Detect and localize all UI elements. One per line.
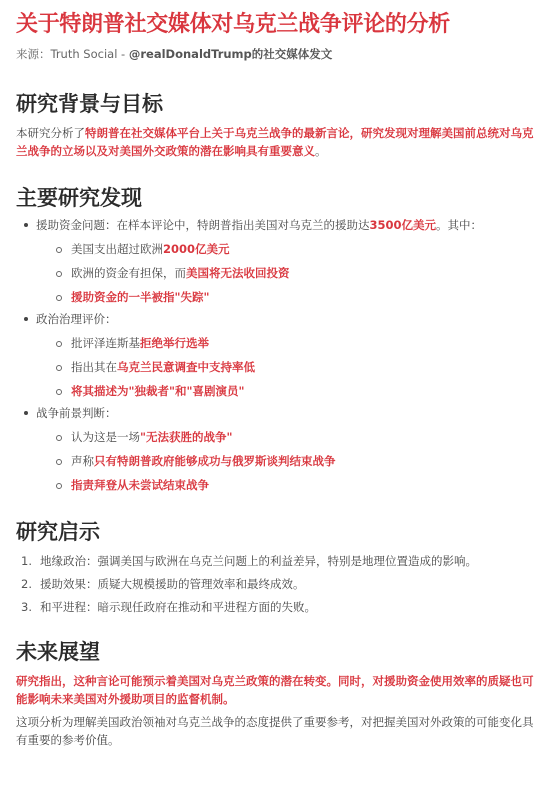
finding-label-highlight: 3500亿美元 (370, 218, 437, 232)
outlook-highlight-paragraph: 研究指出，这种言论可能预示着美国对乌克兰政策的潜在转变。同时，对援助资金使用效率… (16, 672, 542, 708)
finding-sublist: 认为这是一场"无法获胜的战争" 声称只有特朗普政府能够成功与俄罗斯谈判结束战争 … (36, 428, 542, 494)
item-text: 地缘政治：强调美国与欧洲在乌克兰问题上的利益差异，特别是地理位置造成的影响。 (40, 552, 477, 570)
list-item: 指出其在乌克兰民意调查中支持率低 (56, 358, 542, 376)
item-text: 和平进程：暗示现任政府在推动和平进程方面的失败。 (40, 598, 316, 616)
outlook-section: 未来展望 研究指出，这种言论可能预示着美国对乌克兰政策的潜在转变。同时，对援助资… (16, 638, 542, 749)
background-section: 研究背景与目标 本研究分析了特朗普在社交媒体平台上关于乌克兰战争的最新言论，研究… (16, 90, 542, 160)
subitem-highlight: "无法获胜的战争" (140, 430, 232, 444)
finding-item-funding: 援助资金问题：在样本评论中，特朗普指出美国对乌克兰的援助达3500亿美元。其中：… (24, 216, 542, 306)
subitem-highlight: 将其描述为"独裁者"和"喜剧演员" (71, 384, 244, 398)
item-number: 2. (20, 575, 40, 593)
findings-section: 主要研究发现 援助资金问题：在样本评论中，特朗普指出美国对乌克兰的援助达3500… (16, 184, 542, 494)
subitem-highlight: 美国将无法收回投资 (186, 266, 290, 280)
finding-sublist: 批评泽连斯基拒绝举行选举 指出其在乌克兰民意调查中支持率低 将其描述为"独裁者"… (36, 334, 542, 400)
implications-heading: 研究启示 (16, 518, 542, 546)
list-item: 指责拜登从未尝试结束战争 (56, 476, 542, 494)
finding-item-war-outlook: 战争前景判断： 认为这是一场"无法获胜的战争" 声称只有特朗普政府能够成功与俄罗… (24, 404, 542, 494)
finding-label: 援助资金问题：在样本评论中，特朗普指出美国对乌克兰的援助达 (36, 218, 370, 232)
subitem-highlight: 只有特朗普政府能够成功与俄罗斯谈判结束战争 (94, 454, 336, 468)
page-title: 关于特朗普社交媒体对乌克兰战争评论的分析 (16, 10, 542, 40)
subitem-text: 声称 (71, 454, 94, 468)
list-item: 援助资金的一半被指"失踪" (56, 288, 542, 306)
list-item: 将其描述为"独裁者"和"喜剧演员" (56, 382, 542, 400)
list-item: 批评泽连斯基拒绝举行选举 (56, 334, 542, 352)
list-item: 声称只有特朗普政府能够成功与俄罗斯谈判结束战争 (56, 452, 542, 470)
implications-list: 1.地缘政治：强调美国与欧洲在乌克兰问题上的利益差异，特别是地理位置造成的影响。… (16, 552, 542, 616)
finding-label: 政治治理评价： (36, 312, 117, 326)
finding-item-governance: 政治治理评价： 批评泽连斯基拒绝举行选举 指出其在乌克兰民意调查中支持率低 将其… (24, 310, 542, 400)
list-item: 欧洲的资金有担保，而美国将无法收回投资 (56, 264, 542, 282)
finding-label: 战争前景判断： (36, 406, 117, 420)
outlook-heading: 未来展望 (16, 638, 542, 666)
source-account: @realDonaldTrump的社交媒体发文 (129, 47, 332, 61)
subitem-text: 欧洲的资金有担保，而 (71, 266, 186, 280)
findings-heading: 主要研究发现 (16, 184, 542, 212)
background-highlight: 特朗普在社交媒体平台上关于乌克兰战争的最新言论，研究发现对理解美国前总统对乌克兰… (16, 126, 534, 158)
subitem-highlight: 2000亿美元 (163, 242, 230, 256)
subitem-highlight: 拒绝举行选举 (140, 336, 209, 350)
list-item: 认为这是一场"无法获胜的战争" (56, 428, 542, 446)
finding-sublist: 美国支出超过欧洲2000亿美元 欧洲的资金有担保，而美国将无法收回投资 援助资金… (36, 240, 542, 306)
list-item: 美国支出超过欧洲2000亿美元 (56, 240, 542, 258)
source-line: 来源：Truth Social - @realDonaldTrump的社交媒体发… (16, 45, 542, 63)
list-item: 1.地缘政治：强调美国与欧洲在乌克兰问题上的利益差异，特别是地理位置造成的影响。 (20, 552, 542, 570)
implications-section: 研究启示 1.地缘政治：强调美国与欧洲在乌克兰问题上的利益差异，特别是地理位置造… (16, 518, 542, 616)
subitem-highlight: 援助资金的一半被指"失踪" (71, 290, 209, 304)
finding-label-end: 。其中： (436, 218, 482, 232)
subitem-highlight: 乌克兰民意调查中支持率低 (117, 360, 255, 374)
background-heading: 研究背景与目标 (16, 90, 542, 118)
source-prefix: 来源：Truth Social - (16, 47, 129, 61)
background-end: 。 (315, 144, 327, 158)
item-number: 1. (20, 552, 40, 570)
subitem-highlight: 指责拜登从未尝试结束战争 (71, 478, 209, 492)
outlook-paragraph: 这项分析为理解美国政治领袖对乌克兰战争的态度提供了重要参考，对把握美国对外政策的… (16, 713, 542, 749)
subitem-text: 指出其在 (71, 360, 117, 374)
background-paragraph: 本研究分析了特朗普在社交媒体平台上关于乌克兰战争的最新言论，研究发现对理解美国前… (16, 124, 542, 160)
item-number: 3. (20, 598, 40, 616)
subitem-text: 认为这是一场 (71, 430, 140, 444)
list-item: 2.援助效果：质疑大规模援助的管理效率和最终成效。 (20, 575, 542, 593)
item-text: 援助效果：质疑大规模援助的管理效率和最终成效。 (40, 575, 305, 593)
findings-list: 援助资金问题：在样本评论中，特朗普指出美国对乌克兰的援助达3500亿美元。其中：… (16, 216, 542, 494)
subitem-text: 批评泽连斯基 (71, 336, 140, 350)
list-item: 3.和平进程：暗示现任政府在推动和平进程方面的失败。 (20, 598, 542, 616)
background-text: 本研究分析了 (16, 126, 85, 140)
subitem-text: 美国支出超过欧洲 (71, 242, 163, 256)
